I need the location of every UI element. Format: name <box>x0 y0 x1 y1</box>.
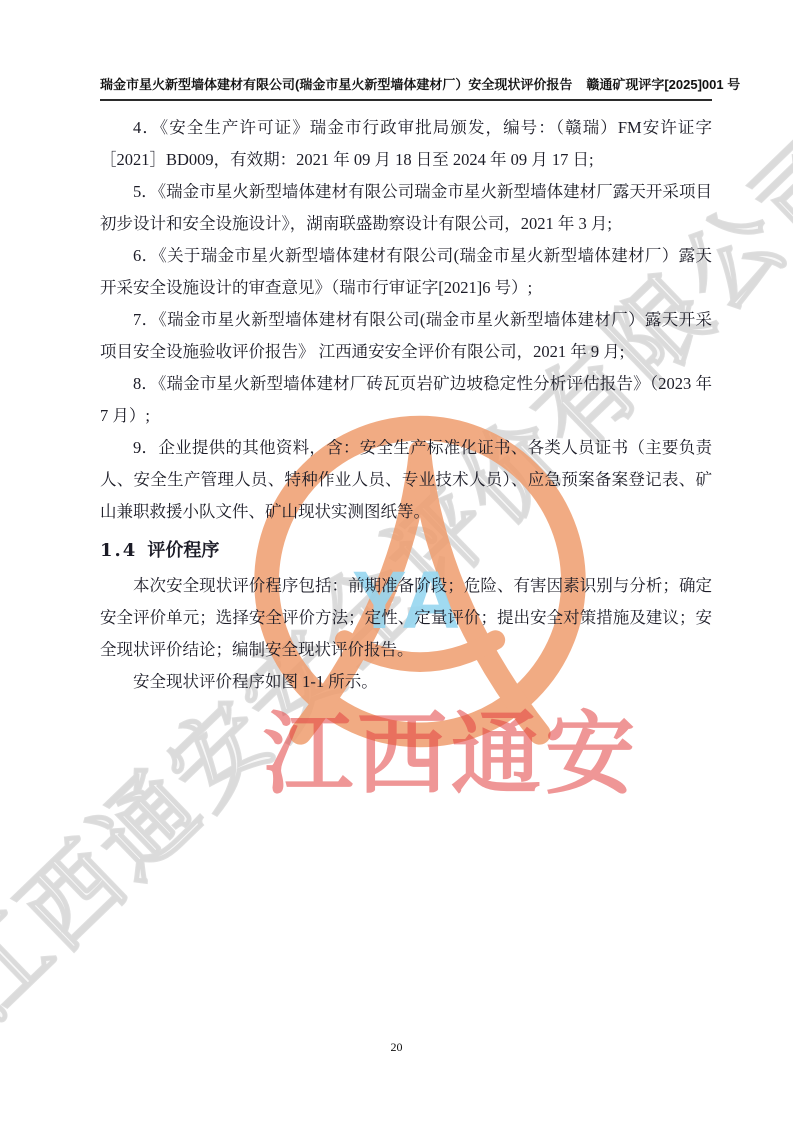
header-doc-number: 赣通矿现评字[2025]001 号 <box>586 74 740 93</box>
content-layer: 瑞金市星火新型墙体建材有限公司(瑞金市星火新型墙体建材厂）安全现状评价报告 赣通… <box>0 0 793 1122</box>
section-number: 1.4 <box>100 540 137 561</box>
list-item-6: 6．《关于瑞金市星火新型墙体建材有限公司(瑞金市星火新型墙体建材厂）露天开采安全… <box>100 240 712 304</box>
body-text: 4．《安全生产许可证》瑞金市行政审批局颁发，编号：（赣瑞）FM安许证字［2021… <box>100 112 712 698</box>
list-item-9: 9．企业提供的其他资料，含：安全生产标准化证书、各类人员证书（主要负责人、安全生… <box>100 432 712 528</box>
document-page: 江西通安安全评价有限公司 YA 江西通安 瑞金市星火新型墙体建材有限公司(瑞金市… <box>0 0 793 1122</box>
list-item-8: 8．《瑞金市星火新型墙体建材厂砖瓦页岩矿边坡稳定性分析评估报告》（2023 年 … <box>100 368 712 432</box>
section-heading-1-4: 1.4评价程序 <box>100 534 712 568</box>
list-item-7: 7．《瑞金市星火新型墙体建材有限公司(瑞金市星火新型墙体建材厂）露天开采项目安全… <box>100 304 712 368</box>
procedure-paragraph-2: 安全现状评价程序如图 1-1 所示。 <box>100 666 712 698</box>
list-item-4: 4．《安全生产许可证》瑞金市行政审批局颁发，编号：（赣瑞）FM安许证字［2021… <box>100 112 712 176</box>
list-item-5: 5．《瑞金市星火新型墙体建材有限公司瑞金市星火新型墙体建材厂露天开采项目初步设计… <box>100 176 712 240</box>
header-report-title: 瑞金市星火新型墙体建材有限公司(瑞金市星火新型墙体建材厂）安全现状评价报告 <box>100 74 572 93</box>
section-title: 评价程序 <box>147 540 219 561</box>
page-number: 20 <box>0 1040 793 1055</box>
page-header: 瑞金市星火新型墙体建材有限公司(瑞金市星火新型墙体建材厂）安全现状评价报告 赣通… <box>100 74 712 101</box>
procedure-paragraph-1: 本次安全现状评价程序包括：前期准备阶段；危险、有害因素识别与分析；确定安全评价单… <box>100 570 712 666</box>
